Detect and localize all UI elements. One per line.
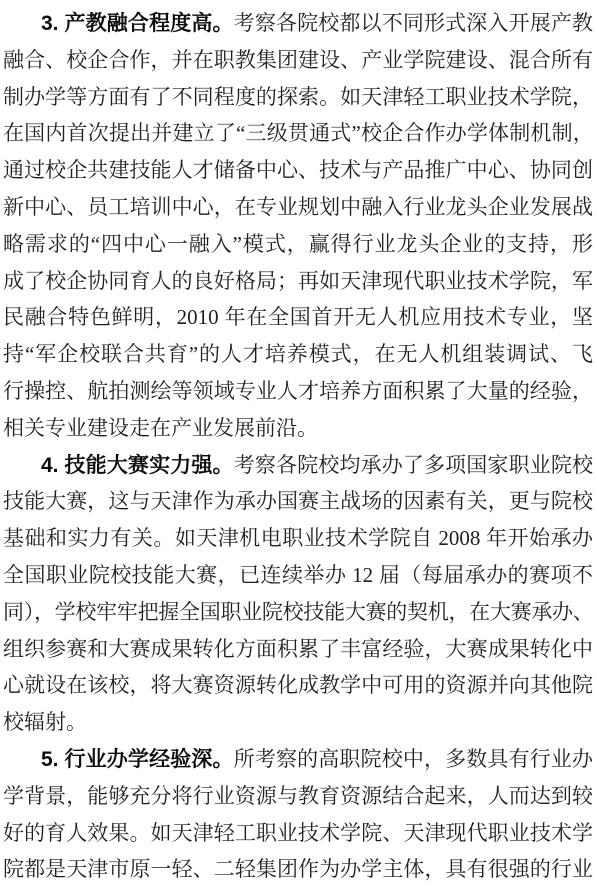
text-run: 考察各院校都以不同形式深入开展产教 — [234, 11, 593, 35]
text-line: 5. 行业办学经验深。所考察的高职院校中，多数具有行业办 — [3, 741, 593, 778]
text-line: 3. 产教融合程度高。考察各院校都以不同形式深入开展产教 — [3, 5, 593, 42]
document-page: 3. 产教融合程度高。考察各院校都以不同形式深入开展产教 融合、校企合作，并在职… — [0, 0, 597, 890]
paragraph-skills-competition-strength: 4. 技能大赛实力强。考察各院校均承办了多项国家职业院校 技能大赛，这与天津作为… — [3, 447, 593, 741]
text-line: 新中心、员工培训中心，在专业规划中融入行业龙头企业发展战 — [3, 189, 593, 226]
text-line: 好的育人效果。如天津轻工职业技术学院、天津现代职业技术学 — [3, 815, 593, 852]
paragraph-industry-education-integration: 3. 产教融合程度高。考察各院校都以不同形式深入开展产教 融合、校企合作，并在职… — [3, 5, 593, 447]
paragraph-heading: 5. 行业办学经验深。 — [41, 748, 234, 771]
text-line: 略需求的“四中心一融入”模式，赢得行业龙头企业的支持，形 — [3, 226, 593, 263]
text-line: 心就设在该校，将大赛资源转化成教学中可用的资源并向其他院 — [3, 667, 593, 704]
text-line: 成了校企协同育人的良好格局；再如天津现代职业技术学院，军 — [3, 263, 593, 300]
text-line: 民融合特色鲜明，2010 年在全国首开无人机应用技术专业，坚 — [3, 299, 593, 336]
text-line: 技能大赛，这与天津作为承办国赛主战场的因素有关，更与院校 — [3, 483, 593, 520]
text-line: 制办学等方面有了不同程度的探索。如天津轻工职业技术学院， — [3, 79, 593, 116]
text-line: 持“军企校联合共育”的人才培养模式，在无人机组装调试、飞 — [3, 336, 593, 373]
text-line: 基础和实力有关。如天津机电职业技术学院自 2008 年开始承办 — [3, 520, 593, 557]
text-line: 学背景，能够充分将行业资源与教育资源结合起来，人而达到较 — [3, 778, 593, 815]
text-line: 同），学校牢牢把握全国职业院校技能大赛的契机，在大赛承办、 — [3, 594, 593, 631]
text-line: 组织参赛和大赛成果转化方面积累了丰富经验，大赛成果转化中 — [3, 631, 593, 668]
text-line: 相关专业建设走在产业发展前沿。 — [3, 410, 593, 447]
paragraph-industry-school-experience: 5. 行业办学经验深。所考察的高职院校中，多数具有行业办 学背景，能够充分将行业… — [3, 741, 593, 888]
text-line: 全国职业院校技能大赛，已连续举办 12 届（每届承办的赛项不 — [3, 557, 593, 594]
text-run: 考察各院校均承办了多项国家职业院校 — [234, 453, 593, 477]
text-line: 行操控、航拍测绘等领域专业人才培养方面积累了大量的经验， — [3, 373, 593, 410]
text-line: 通过校企共建技能人才储备中心、技术与产品推广中心、协同创 — [3, 152, 593, 189]
text-line: 在国内首次提出并建立了“三级贯通式”校企合作办学体制机制， — [3, 115, 593, 152]
text-line: 院都是天津市原一轻、二轻集团作为办学主体，具有很强的行业 — [3, 851, 593, 888]
text-line: 4. 技能大赛实力强。考察各院校均承办了多项国家职业院校 — [3, 447, 593, 484]
text-run: 所考察的高职院校中，多数具有行业办 — [234, 747, 593, 771]
text-line: 融合、校企合作，并在职教集团建设、产业学院建设、混合所有 — [3, 42, 593, 79]
paragraph-heading: 3. 产教融合程度高。 — [41, 12, 234, 35]
paragraph-heading: 4. 技能大赛实力强。 — [41, 454, 234, 477]
text-line: 校辐射。 — [3, 704, 593, 741]
